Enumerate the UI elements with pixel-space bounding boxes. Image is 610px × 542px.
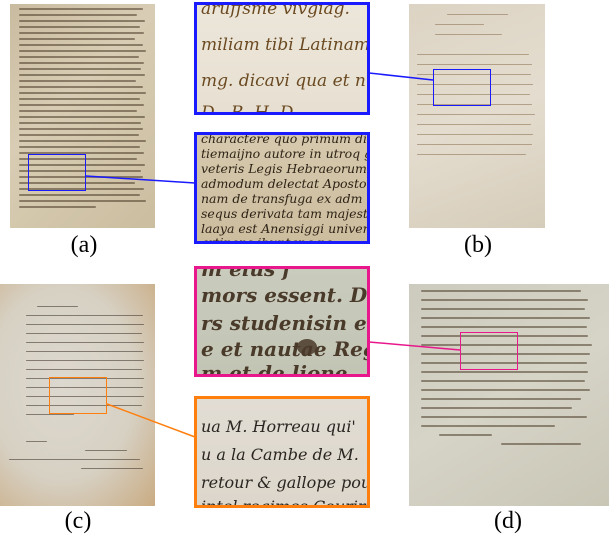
zoom-text-line: nam de transfuga ex adm	[201, 191, 362, 206]
zoom-text-line: mors essent. De	[201, 283, 370, 307]
zoom-text-line: tiemaijno autore in utroq genere	[201, 146, 370, 161]
highlight-box-a	[28, 154, 86, 191]
zoom-text-line: veteris Legis Hebraeorum Libros	[201, 161, 370, 176]
zoom-text-line: retour & gallope pour l	[201, 473, 370, 492]
zoom-text-line: artinens ibuntana ne	[201, 235, 333, 244]
zoom-panel-d: m eius f mors essent. De rs studenisin e…	[194, 266, 370, 377]
zoom-panel-a: charactere quo primum divinit tiemaijno …	[194, 132, 370, 244]
highlight-box-c	[49, 377, 107, 414]
zoom-text-line: u a la Cambe de M.	[201, 445, 359, 464]
zoom-text-line: sequs derivata tam majestate	[201, 206, 370, 221]
zoom-text-line: e et nautae Reg	[201, 337, 370, 361]
caption-c: (c)	[48, 508, 108, 535]
zoom-panel-c: ua M. Horreau qui' u a la Cambe de M. re…	[194, 396, 370, 508]
manuscript-page-b	[409, 4, 545, 228]
zoom-text-line: mg. dicavi qua et nunc ti	[201, 71, 370, 91]
manuscript-page-a	[10, 4, 155, 228]
zoom-text-line: laaya est Anensiggi universa	[201, 221, 370, 236]
manuscript-page-d	[409, 284, 609, 506]
caption-d: (d)	[478, 508, 538, 535]
zoom-text-line: m eius f	[201, 266, 291, 281]
zoom-text-line: admodum delectat Apostolus chri	[201, 176, 370, 191]
highlight-box-b	[433, 69, 491, 106]
zoom-text-line: ua M. Horreau qui'	[201, 417, 356, 436]
zoom-panel-b: aruffsme vivgiag. miliam tibi Latinam fe…	[194, 2, 370, 115]
zoom-text-line: D . B. H. D	[201, 103, 293, 115]
caption-b: (b)	[448, 232, 508, 259]
zoom-text-line: rs studenisin et	[201, 311, 370, 335]
ink-blot	[297, 339, 317, 355]
zoom-text-line: aruffsme vivgiag.	[201, 2, 350, 19]
highlight-box-d	[460, 332, 518, 370]
zoom-text-line: m et de lione	[201, 361, 348, 377]
zoom-text-line: miliam tibi Latinam feci	[201, 35, 370, 55]
handwriting-lines	[421, 290, 599, 452]
zoom-text-line: charactere quo primum divinit	[201, 132, 370, 146]
zoom-text-line: intel regimes Courir pou	[201, 497, 370, 508]
caption-a: (a)	[54, 232, 114, 259]
